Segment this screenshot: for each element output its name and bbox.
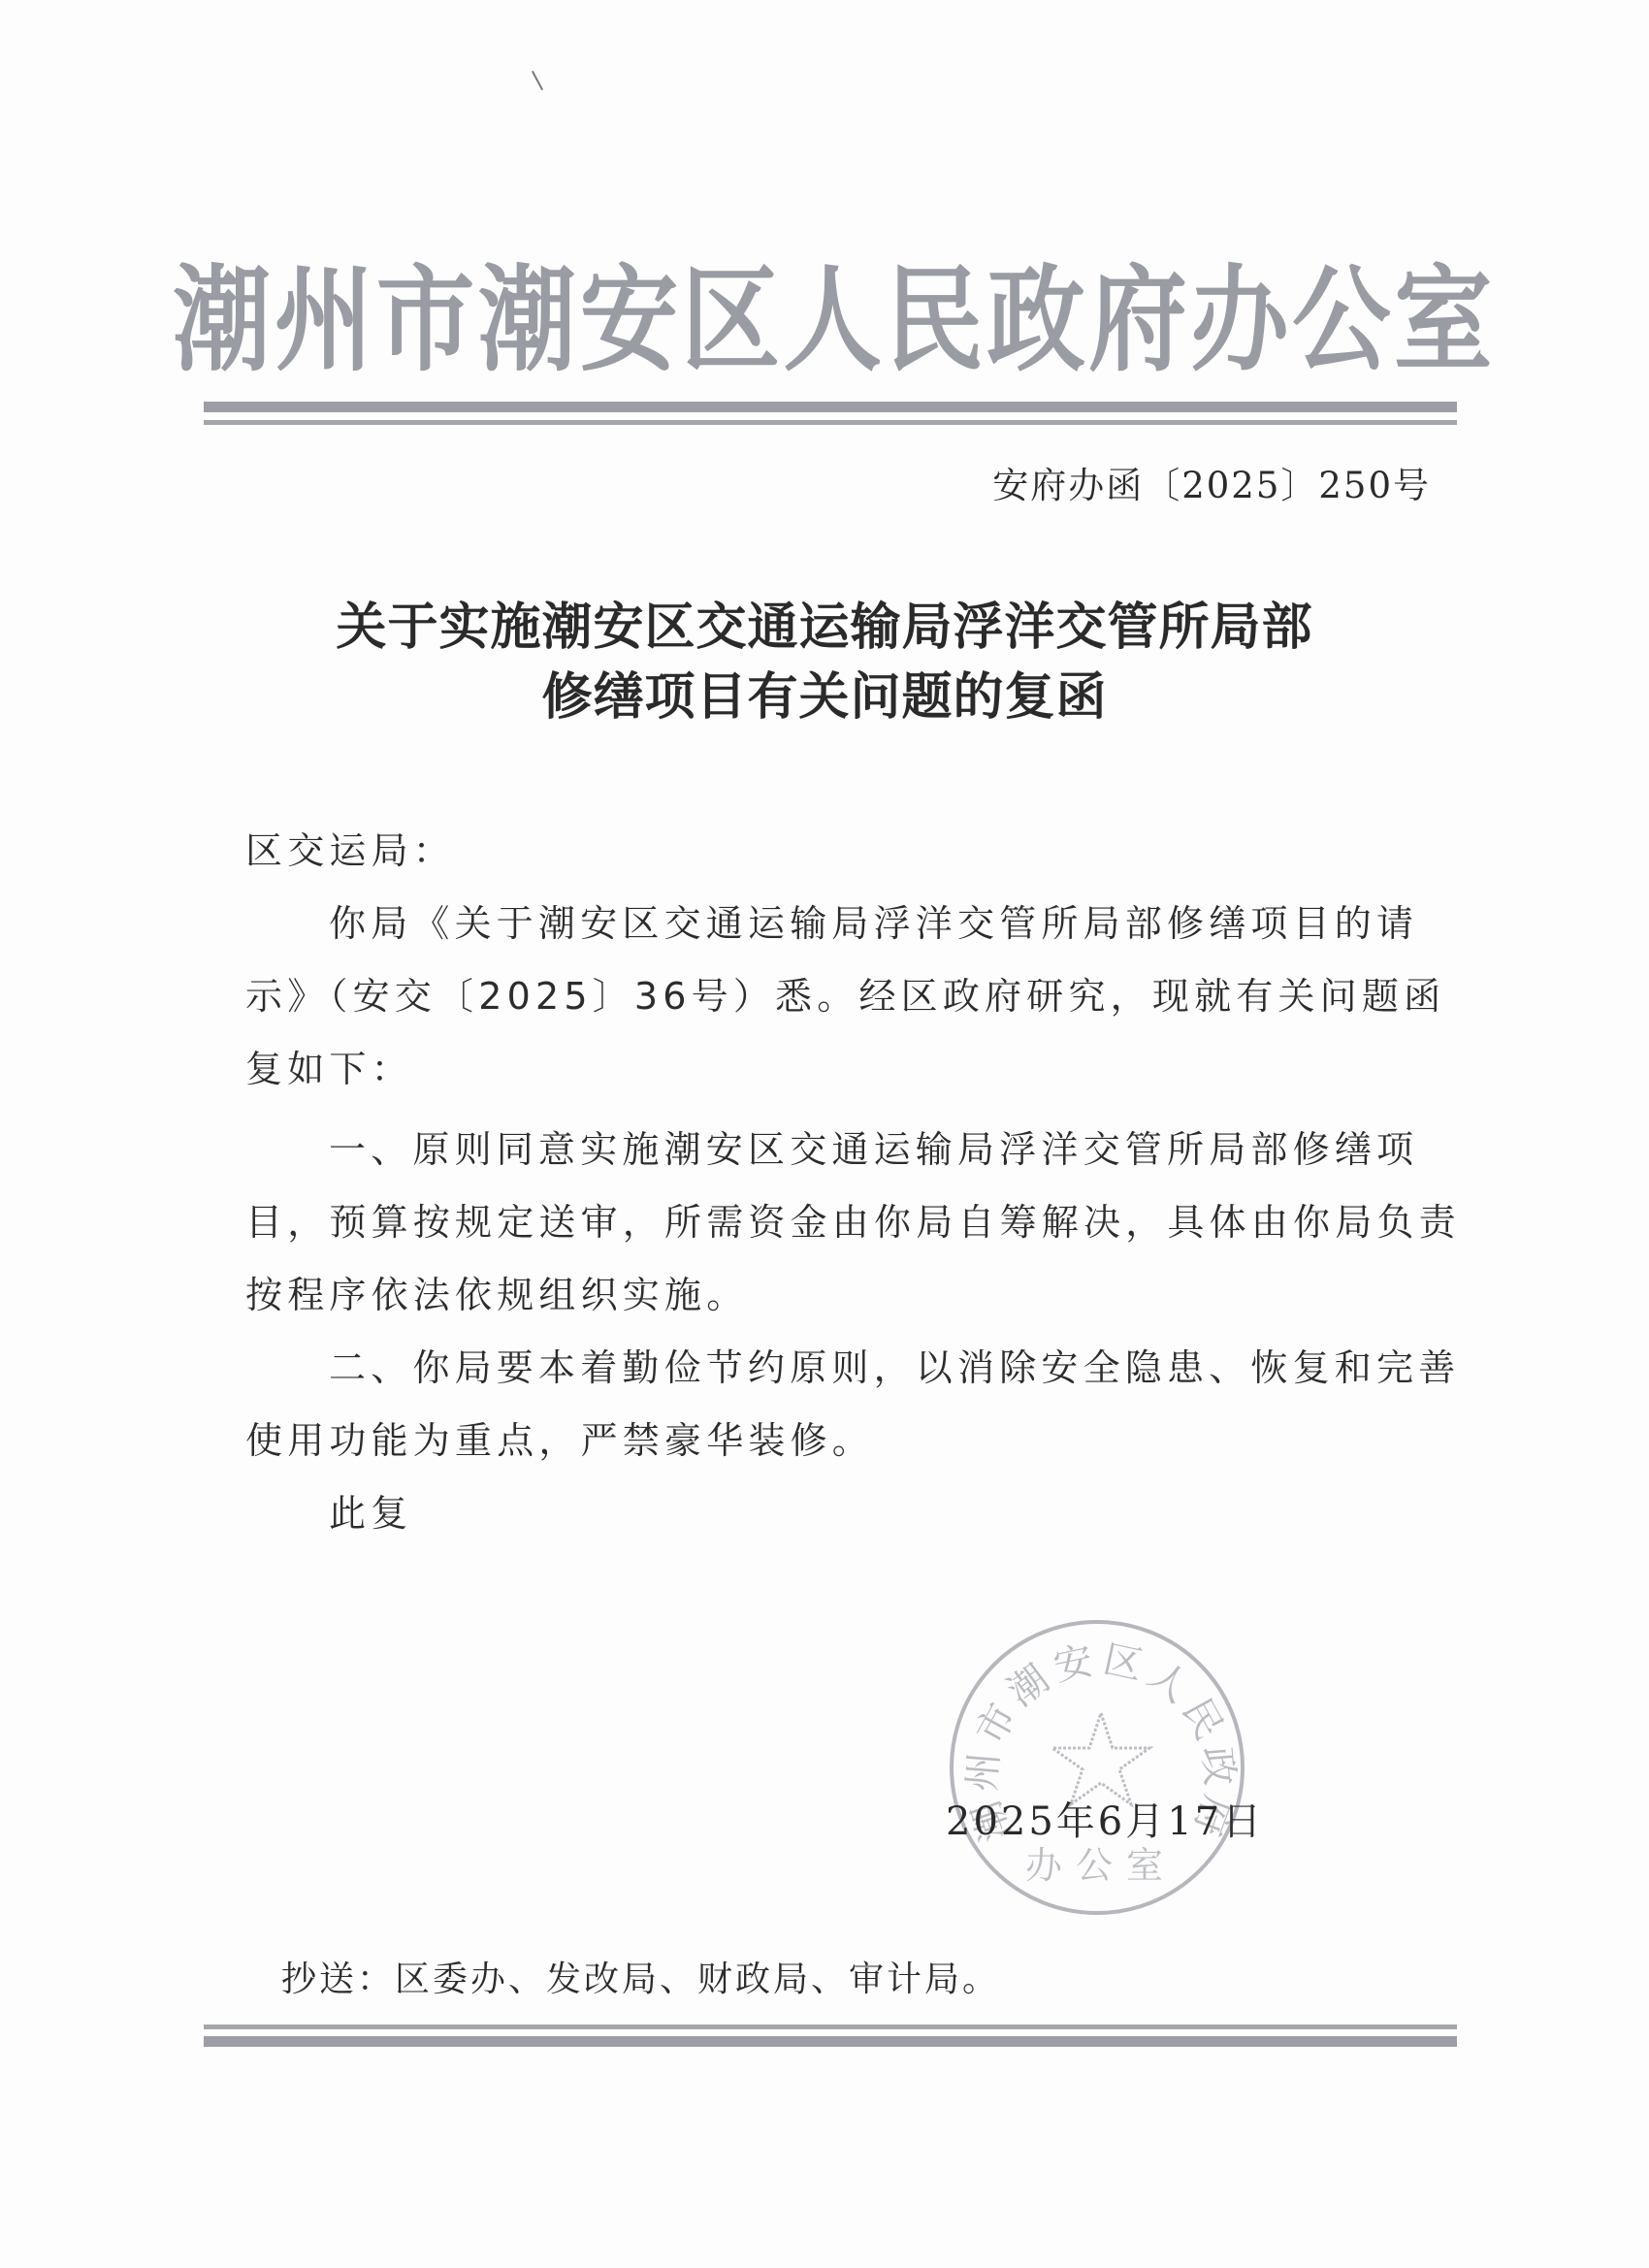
seal-graphic: 潮州市潮安区人民政府 办公室 [954,1624,1248,1919]
document-title-line-1: 关于实施潮安区交通运输局浮洋交管所局部 [0,586,1649,659]
masthead-issuer: 潮州市潮安区人民政府办公室 [283,238,1384,383]
scan-artifact-mark [532,71,543,90]
footer-rule-thin [204,2025,1457,2029]
seal-inner-text: 办公室 [1025,1844,1177,1887]
body-line: 你局《关于潮安区交通运输局浮洋交管所局部修缮项目的请 [329,902,1418,945]
body-line: 使用功能为重点，严禁豪华装修。 [245,1419,874,1462]
body-line: 一、原则同意实施潮安区交通运输局浮洋交管所局部修缮项 [329,1128,1418,1171]
official-seal: 潮州市潮安区人民政府 办公室 [950,1620,1245,1915]
document-number: 安府办函〔2025〕250号 [992,456,1431,508]
masthead-rule-thin [204,420,1457,425]
body-line: 目，预算按规定送审，所需资金由你局自筹解决，具体由你局负责 [245,1201,1461,1244]
document-title-line-2: 修缮项目有关问题的复函 [0,656,1649,729]
body-line: 二、你局要本着勤俭节约原则，以消除安全隐患、恢复和完善 [329,1346,1460,1389]
closing-phrase: 此复 [329,1492,412,1535]
body-line: 按程序依法依规组织实施。 [245,1274,748,1316]
cc-line: 抄送：区委办、发改局、财政局、审计局。 [281,1952,1000,2001]
masthead-rule-thick [204,402,1457,412]
cc-recipients: 区委办、发改局、财政局、审计局。 [395,1960,1000,1999]
issue-date: 2025年6月17日 [946,1791,1264,1846]
body-line: 示》（安交〔2025〕36号）悉。经区政府研究，现就有关问题函 [245,975,1445,1018]
salutation: 区交运局： [245,829,455,872]
body-line: 复如下： [245,1048,413,1090]
cc-label: 抄送： [281,1960,395,1999]
footer-rule-thick [204,2036,1457,2047]
